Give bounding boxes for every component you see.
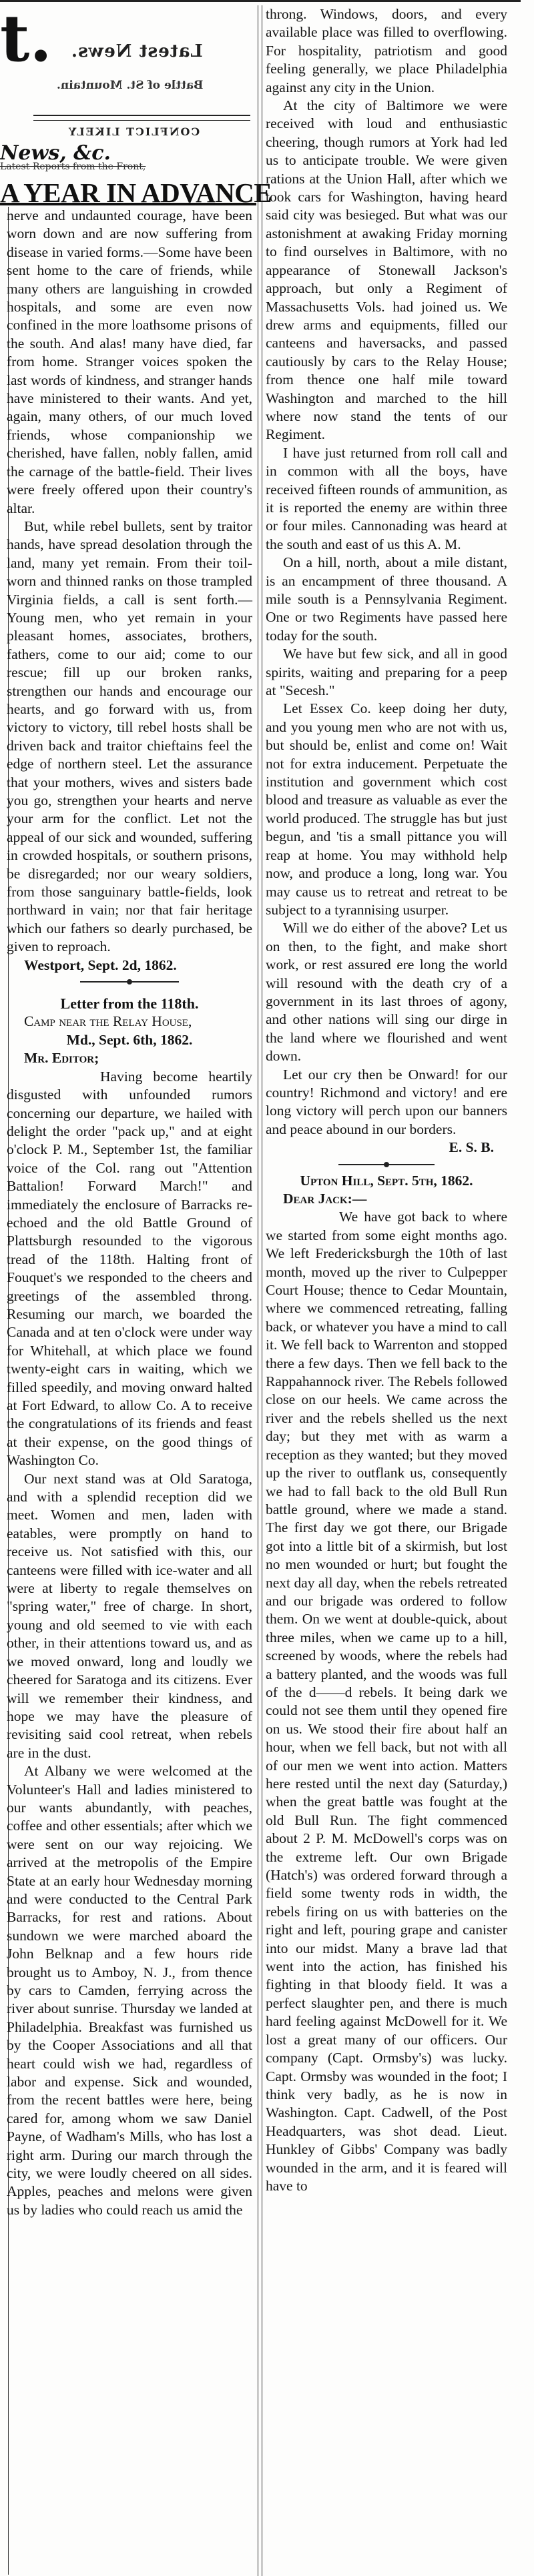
masthead-rule-thin — [33, 120, 250, 121]
struck-line: Latest Reports from the Front, — [0, 161, 254, 172]
letter-paragraph: Let Essex Co. keep doing her duty, and y… — [266, 700, 507, 919]
letter-date: Md., Sept. 6th, 1862. — [7, 1031, 252, 1049]
editorial-appeal: nerve and undaunted courage, have been w… — [7, 207, 252, 975]
letter-dateline: Upton Hill, Sept. 5th, 1862. — [266, 1172, 507, 1190]
masthead-fragment: t. Latest News. Battle of St. Mountain. — [0, 0, 258, 93]
letter-salutation: Mr. Editor; — [7, 1049, 252, 1067]
letter-signature: E. S. B. — [266, 1139, 507, 1157]
editorial-paragraph: nerve and undaunted courage, have been w… — [7, 207, 252, 518]
right-column: throng. Windows, doors, and every availa… — [266, 5, 507, 2195]
letter-paragraph: At Albany we were welcomed at the Volunt… — [7, 1762, 252, 2219]
masthead-large-letter: t. — [0, 7, 52, 71]
mirrored-banner: CONFLICT LIKELY — [40, 125, 227, 138]
center-column-divider — [258, 5, 258, 2576]
letter-title: Letter from the 118th. — [7, 995, 252, 1013]
editorial-dateline: Westport, Sept. 2d, 1862. — [7, 956, 252, 975]
letter-salutation: Dear Jack:— — [266, 1190, 507, 1208]
section-divider — [266, 1157, 507, 1172]
mirrored-subheading: Battle of St. Mountain. — [37, 79, 224, 92]
section-divider — [7, 975, 252, 989]
letter-location: Camp near the Relay House, — [7, 1013, 252, 1031]
letter-paragraph: We have but few sick, and all in good sp… — [266, 645, 507, 700]
newspaper-page: t. Latest News. Battle of St. Mountain. … — [0, 0, 534, 2576]
letter-paragraph: We have got back to where we started fro… — [266, 1208, 507, 2195]
letter-continued: throng. Windows, doors, and every availa… — [266, 5, 507, 1157]
banner-rule — [0, 203, 256, 205]
upton-hill-letter: Upton Hill, Sept. 5th, 1862. Dear Jack:—… — [266, 1172, 507, 2196]
editorial-paragraph: But, while rebel bullets, sent by traito… — [7, 518, 252, 956]
letter-from-118th: Letter from the 118th. Camp near the Rel… — [7, 995, 252, 2219]
left-column: nerve and undaunted courage, have been w… — [7, 207, 252, 2219]
masthead-rule — [33, 115, 250, 116]
letter-paragraph: Our next stand was at Old Saratoga, and … — [7, 1470, 252, 1763]
mirrored-heading: Latest News. — [60, 41, 214, 61]
letter-paragraph: I have just returned from roll call and … — [266, 444, 507, 554]
letter-paragraph: Will we do either of the above? Let us o… — [266, 919, 507, 1065]
letter-paragraph: Having become heartily disgusted with un… — [7, 1068, 252, 1470]
letter-paragraph: throng. Windows, doors, and every availa… — [266, 5, 507, 97]
letter-paragraph: Let our cry then be Onward! for our coun… — [266, 1066, 507, 1139]
letter-paragraph: At the city of Baltimore we were receive… — [266, 97, 507, 444]
center-column-divider-inner — [262, 5, 262, 2576]
letter-paragraph: On a hill, north, about a mile distant, … — [266, 554, 507, 645]
